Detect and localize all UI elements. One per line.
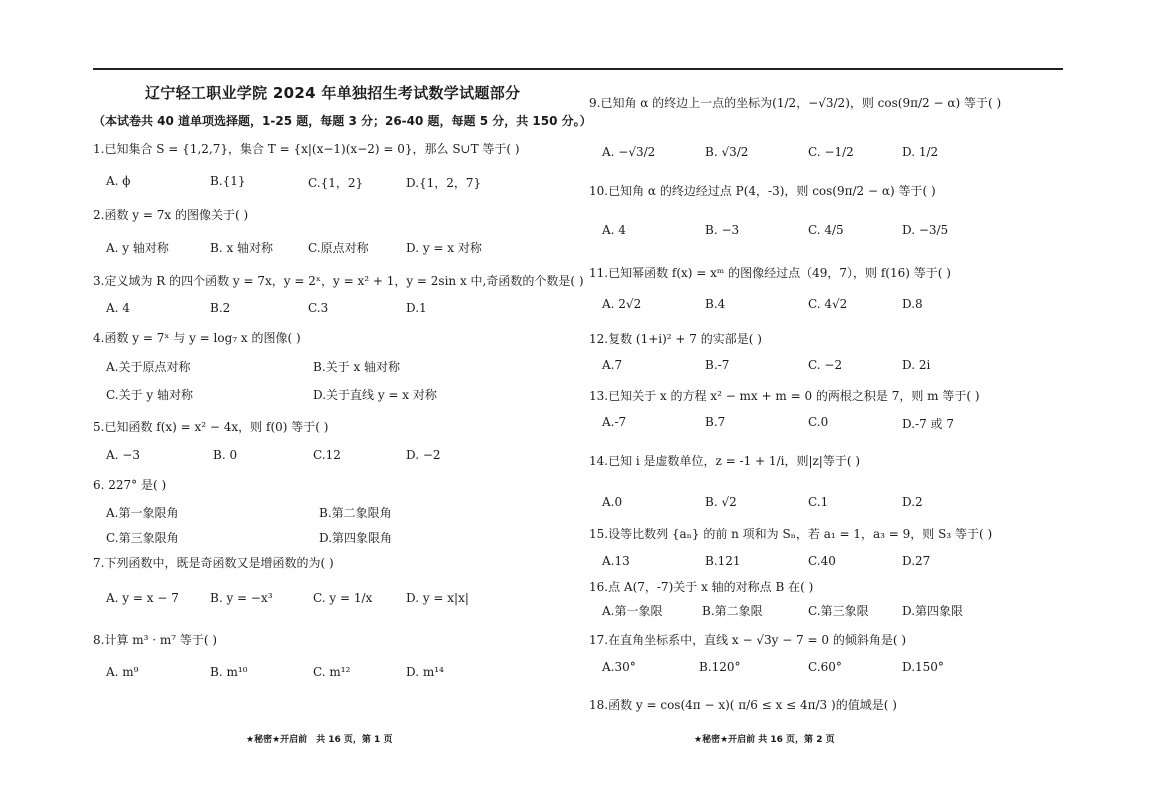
q7-option-d: D. y = x|x|: [406, 591, 469, 605]
q4-option-d: D.关于直线 y = x 对称: [313, 386, 437, 403]
q10-option-a: A. 4: [602, 223, 626, 237]
q5-option-c: C.12: [313, 448, 341, 462]
question-6: 6. 227° 是( ): [93, 476, 166, 493]
q12-option-b: B.-7: [705, 358, 729, 372]
q8-option-b: B. m¹⁰: [210, 665, 247, 679]
q11-option-a: A. 2√2: [602, 297, 641, 311]
question-3: 3.定义域为 R 的四个函数 y = 7x，y = 2ˣ，y = x² + 1，…: [93, 272, 584, 289]
q17-option-d: D.150°: [902, 660, 944, 674]
q11-option-d: D.8: [902, 297, 923, 311]
q1-option-a: A. ϕ: [106, 174, 130, 188]
q12-option-d: D. 2i: [902, 358, 930, 372]
q7-option-c: C. y = 1/x: [313, 591, 372, 605]
q11-option-b: B.4: [705, 297, 725, 311]
q9-option-d: D. 1/2: [902, 145, 938, 159]
q2-option-d: D. y = x 对称: [406, 239, 482, 256]
q9-option-b: B. √3/2: [705, 145, 748, 159]
q5-option-a: A. −3: [106, 448, 140, 462]
q17-option-b: B.120°: [699, 660, 741, 674]
question-12: 12.复数 (1+i)² + 7 的实部是( ): [589, 330, 762, 347]
q9-option-c: C. −1/2: [808, 145, 854, 159]
q4-option-a: A.关于原点对称: [106, 358, 190, 375]
question-4: 4.函数 y = 7ˣ 与 y = log₇ x 的图像( ): [93, 329, 301, 346]
q3-option-c: C.3: [308, 301, 328, 315]
q10-option-c: C. 4/5: [808, 223, 844, 237]
q16-option-d: D.第四象限: [902, 602, 963, 619]
q13-option-a: A.-7: [602, 415, 626, 429]
q15-option-b: B.121: [705, 554, 741, 568]
question-5: 5.已知函数 f(x) = x² − 4x，则 f(0) 等于( ): [93, 418, 328, 435]
top-rule: [93, 68, 1063, 70]
q8-option-a: A. m⁹: [106, 665, 138, 679]
q16-option-b: B.第二象限: [702, 602, 763, 619]
q8-option-d: D. m¹⁴: [406, 665, 444, 679]
q3-option-b: B.2: [210, 301, 230, 315]
q16-option-c: C.第三象限: [808, 602, 869, 619]
exam-title: 辽宁轻工职业学院 2024 年单独招生考试数学试题部分: [145, 82, 520, 103]
q3-option-a: A. 4: [106, 301, 130, 315]
question-14: 14.已知 i 是虚数单位，z = -1 + 1/i，则|z|等于( ): [589, 452, 860, 469]
q6-option-a: A.第一象限角: [106, 504, 178, 521]
q1-option-c: C.{1，2}: [308, 174, 363, 191]
question-1: 1.已知集合 S = {1,2,7}，集合 T = {x|(x−1)(x−2) …: [93, 140, 520, 157]
question-7: 7.下列函数中，既是奇函数又是增函数的为( ): [93, 554, 334, 571]
question-16: 16.点 A(7，-7)关于 x 轴的对称点 B 在( ): [589, 578, 813, 595]
q17-option-a: A.30°: [602, 660, 636, 674]
question-8: 8.计算 m³ · m⁷ 等于( ): [93, 631, 217, 648]
q6-option-d: D.第四象限角: [319, 529, 392, 546]
question-2: 2.函数 y = 7x 的图像关于( ): [93, 206, 248, 223]
q11-option-c: C. 4√2: [808, 297, 847, 311]
q13-option-d: D.-7 或 7: [902, 415, 954, 432]
q16-option-a: A.第一象限: [602, 602, 662, 619]
q6-option-c: C.第三象限角: [106, 529, 179, 546]
q14-option-c: C.1: [808, 495, 828, 509]
q6-option-b: B.第二象限角: [319, 504, 392, 521]
q1-option-b: B.{1}: [210, 174, 246, 188]
q12-option-c: C. −2: [808, 358, 842, 372]
q2-option-c: C.原点对称: [308, 239, 369, 256]
q14-option-b: B. √2: [705, 495, 737, 509]
q7-option-a: A. y = x − 7: [106, 591, 179, 605]
q2-option-a: A. y 轴对称: [106, 239, 169, 256]
q15-option-d: D.27: [902, 554, 930, 568]
question-18: 18.函数 y = cos(4π − x)( π/6 ≤ x ≤ 4π/3 )的…: [589, 696, 897, 713]
question-17: 17.在直角坐标系中，直线 x − √3y − 7 = 0 的倾斜角是( ): [589, 631, 906, 648]
q17-option-c: C.60°: [808, 660, 842, 674]
q3-option-d: D.1: [406, 301, 427, 315]
exam-instructions: （本试卷共 40 道单项选择题，1-25 题，每题 3 分；26-40 题，每题…: [93, 112, 592, 129]
q1-option-d: D.{1，2，7}: [406, 174, 481, 191]
q15-option-c: C.40: [808, 554, 836, 568]
q10-option-b: B. −3: [705, 223, 739, 237]
q2-option-b: B. x 轴对称: [210, 239, 273, 256]
q14-option-d: D.2: [902, 495, 923, 509]
q15-option-a: A.13: [602, 554, 630, 568]
question-13: 13.已知关于 x 的方程 x² − mx + m = 0 的两根之积是 7，则…: [589, 387, 980, 404]
q13-option-c: C.0: [808, 415, 828, 429]
q14-option-a: A.0: [602, 495, 622, 509]
footer-page-2: ★秘密★开启前 共 16 页，第 2 页: [694, 732, 835, 745]
q12-option-a: A.7: [602, 358, 622, 372]
q9-option-a: A. −√3/2: [602, 145, 655, 159]
q8-option-c: C. m¹²: [313, 665, 350, 679]
question-15: 15.设等比数列 {aₙ} 的前 n 项和为 Sₙ，若 a₁ = 1，a₃ = …: [589, 525, 992, 542]
footer-page-1: ★秘密★开启前 共 16 页，第 1 页: [246, 732, 392, 745]
question-10: 10.已知角 α 的终边经过点 P(4，-3)，则 cos(9π/2 − α) …: [589, 182, 936, 199]
question-9: 9.已知角 α 的终边上一点的坐标为(1/2，−√3/2)，则 cos(9π/2…: [589, 94, 1001, 111]
question-11: 11.已知幂函数 f(x) = xᵐ 的图像经过点（49，7），则 f(16) …: [589, 264, 951, 281]
q5-option-d: D. −2: [406, 448, 441, 462]
q5-option-b: B. 0: [213, 448, 237, 462]
q10-option-d: D. −3/5: [902, 223, 948, 237]
q7-option-b: B. y = −x³: [210, 591, 273, 605]
q4-option-b: B.关于 x 轴对称: [313, 358, 400, 375]
q4-option-c: C.关于 y 轴对称: [106, 386, 193, 403]
q13-option-b: B.7: [705, 415, 725, 429]
